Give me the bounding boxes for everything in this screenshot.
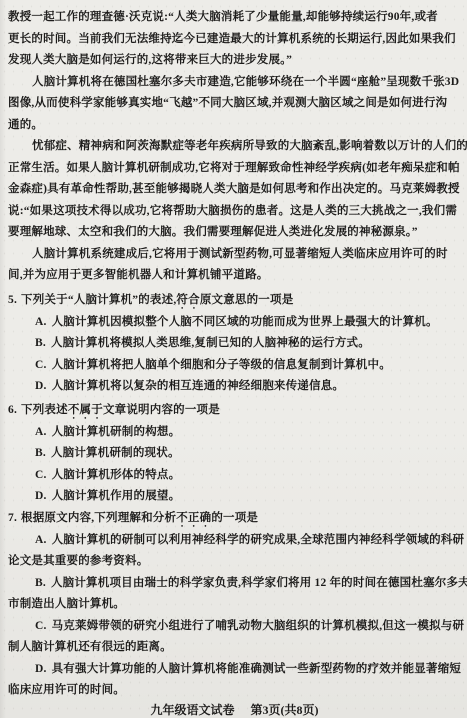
question-6: 6.下列表述不属于文章说明内容的一项是 A.人脑计算机研制的构想。 B.人脑计算…	[8, 400, 461, 508]
option-text: 人脑计算机的研制可以利用神经科学的研究成果,全球范围内神经科学领域的科研	[52, 534, 465, 546]
option-label: C.	[35, 620, 47, 632]
page-number: 第3页(共8页)	[251, 702, 319, 718]
option-label: A.	[35, 534, 47, 546]
reading-passage: 教授一起工作的理查德·沃克说:“人类大脑消耗了少量能量,却能够持续运行90年,或…	[8, 7, 461, 287]
passage-line: 间,并为应用于更多智能机器人和计算机铺平道路。	[8, 265, 461, 287]
option-text: 马克莱姆带领的研究小组进行了哺乳动物大脑组织的计算机模拟,但这一模拟与研	[52, 620, 465, 632]
option-label: B.	[35, 447, 46, 459]
option-text: 人脑计算机将以复杂的相互连通的神经细胞来传递信息。	[52, 380, 345, 392]
option-c: C.人脑计算机形体的特点。	[8, 465, 461, 487]
option-a-continuation: 论文是其重要的参考资料。	[8, 551, 461, 573]
passage-line: 忧郁症、精神病和阿茨海默症等老年疾病所导致的大脑紊乱,影响着数以万计的人们的	[8, 136, 461, 158]
passage-line: 说:“如果这项技术得以成功,它将帮助大脑损伤的患者。这是人类的三大挑战之一,我们…	[8, 201, 461, 223]
stem-text: 原文意思的一项是	[200, 294, 294, 306]
stem-text: 根据原文内容,下列理解和分析	[21, 512, 176, 524]
option-label: B.	[35, 337, 46, 349]
option-a: A.人脑计算机因模拟整个人脑不同区域的功能而成为世界上最强大的计算机。	[8, 312, 461, 334]
option-d: D.具有强大计算功能的人脑计算机将能准确测试一些新型药物的疗效并能显著缩短	[8, 659, 461, 681]
option-c-continuation: 制人脑计算机还有很远的距离。	[8, 637, 461, 659]
question-stem: 6.下列表述不属于文章说明内容的一项是	[8, 400, 461, 422]
stem-emphasized-text: 不属于	[68, 404, 103, 416]
option-text: 人脑计算机项目由瑞士的科学家负责,科学家们将用 12 年的时间在德国杜塞尔多夫	[51, 577, 467, 589]
option-label: A.	[35, 316, 47, 328]
option-b: B.人脑计算机将模拟人类思维,复制已知的人脑神秘的运行方式。	[8, 333, 461, 355]
passage-line: 通的。	[8, 115, 461, 137]
passage-line: 要理解地球、太空和我们的大脑。我们需要理解促进人类进化发展的神秘源泉。”	[8, 222, 461, 244]
option-label: A.	[35, 426, 47, 438]
passage-line: 教授一起工作的理查德·沃克说:“人类大脑消耗了少量能量,却能够持续运行90年,或…	[8, 7, 461, 29]
question-number: 6.	[8, 404, 17, 416]
question-5: 5.下列关于“人脑计算机”的表述,符合原文意思的一项是 A.人脑计算机因模拟整个…	[8, 290, 461, 398]
stem-text: 文章说明内容的一项是	[103, 404, 220, 416]
option-d-continuation: 临床应用许可的时间。	[8, 680, 461, 702]
option-text: 人脑计算机形体的特点。	[52, 469, 181, 481]
passage-line: 人脑计算机将在德国杜塞尔多夫市建造,它能够环绕在一个半圆“座舱”呈现数千张3D	[8, 72, 461, 94]
option-b-continuation: 市制造出人脑计算机。	[8, 594, 461, 616]
option-b: B.人脑计算机项目由瑞士的科学家负责,科学家们将用 12 年的时间在德国杜塞尔多…	[8, 573, 461, 595]
page-footer: 九年级语文试卷 第3页(共8页)	[8, 702, 461, 718]
option-label: C.	[35, 359, 47, 371]
passage-line: 更长的时间。当前我们无法维持迄今已建造最大的计算机系统的长期运行,因此如果我们	[8, 29, 461, 51]
question-stem: 5.下列关于“人脑计算机”的表述,符合原文意思的一项是	[8, 290, 461, 312]
option-text: 人脑计算机将把人脑单个细胞和分子等级的信息复制到计算机中。	[52, 359, 391, 371]
passage-line: 正常生活。如果人脑计算机研制成功,它将对于理解致命性神经学疾病(如老年痴呆症和帕	[8, 158, 461, 180]
option-text: 人脑计算机研制的构想。	[52, 426, 181, 438]
stem-text: 下列表述	[21, 404, 68, 416]
stem-text: 的一项是	[211, 512, 258, 524]
option-text: 人脑计算机作用的展望。	[52, 490, 181, 502]
option-label: C.	[35, 469, 47, 481]
option-text: 人脑计算机研制的现状。	[51, 447, 180, 459]
option-text: 人脑计算机将模拟人类思维,复制已知的人脑神秘的运行方式。	[51, 337, 370, 349]
option-label: D.	[35, 663, 47, 675]
stem-text: 下列关于“人脑计算机”的表述,	[21, 294, 176, 306]
option-c: C.马克莱姆带领的研究小组进行了哺乳动物大脑组织的计算机模拟,但这一模拟与研	[8, 616, 461, 638]
option-label: B.	[35, 577, 46, 589]
scanned-exam-page: 教授一起工作的理查德·沃克说:“人类大脑消耗了少量能量,却能够持续运行90年,或…	[0, 0, 467, 718]
exam-title: 九年级语文试卷	[150, 702, 234, 718]
option-b: B.人脑计算机研制的现状。	[8, 443, 461, 465]
passage-line: 发现人类大脑是如何运行的,这将带来巨大的进步发展。”	[8, 50, 461, 72]
option-d: D.人脑计算机作用的展望。	[8, 486, 461, 508]
stem-emphasized-text: 符合	[176, 294, 199, 306]
stem-emphasized-text: 不正确	[176, 512, 211, 524]
option-c: C.人脑计算机将把人脑单个细胞和分子等级的信息复制到计算机中。	[8, 355, 461, 377]
passage-line: 人脑计算机系统建成后,它将用于测试新型药物,可显著缩短人类临床应用许可的时	[8, 244, 461, 266]
option-d: D.人脑计算机将以复杂的相互连通的神经细胞来传递信息。	[8, 376, 461, 398]
option-a: A.人脑计算机的研制可以利用神经科学的研究成果,全球范围内神经科学领域的科研	[8, 530, 461, 552]
question-number: 5.	[8, 294, 17, 306]
passage-line: 金森症)具有革命性帮助,甚至能够揭晓人类大脑是如何思考和作出决定的。马克莱姆教授	[8, 179, 461, 201]
option-label: D.	[35, 490, 47, 502]
question-number: 7.	[8, 512, 17, 524]
option-a: A.人脑计算机研制的构想。	[8, 422, 461, 444]
option-text: 具有强大计算功能的人脑计算机将能准确测试一些新型药物的疗效并能显著缩短	[52, 663, 462, 675]
passage-line: 图像,从而使科学家能够真实地“飞越”不同大脑区域,并观测大脑区域之间是如何进行沟	[8, 93, 461, 115]
question-stem: 7.根据原文内容,下列理解和分析不正确的一项是	[8, 508, 461, 530]
option-text: 人脑计算机因模拟整个人脑不同区域的功能而成为世界上最强大的计算机。	[52, 316, 438, 328]
option-label: D.	[35, 380, 47, 392]
question-7: 7.根据原文内容,下列理解和分析不正确的一项是 A.人脑计算机的研制可以利用神经…	[8, 508, 461, 702]
